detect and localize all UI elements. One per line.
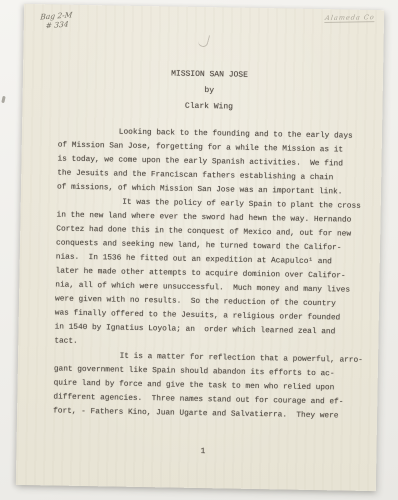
document-page: Bag 2-M # 334 Alameda Co MISSION SAN JOS… [16, 4, 384, 491]
title-block: MISSION SAN JOSE by Clark Wing [58, 65, 360, 118]
paragraph: Looking back to the founding and to the … [57, 125, 359, 200]
paragraph: It is a matter for reflection that a pow… [53, 348, 355, 423]
paragraph: It was the policy of early Spain to plan… [54, 194, 358, 353]
scan-speck [1, 96, 5, 103]
typewritten-content: MISSION SAN JOSE by Clark Wing Looking b… [52, 5, 361, 459]
body-text: Looking back to the founding and to the … [53, 125, 359, 424]
scan-background: { "page": { "background_color": "#efeeea… [0, 0, 398, 500]
page-number: 1 [52, 444, 353, 458]
